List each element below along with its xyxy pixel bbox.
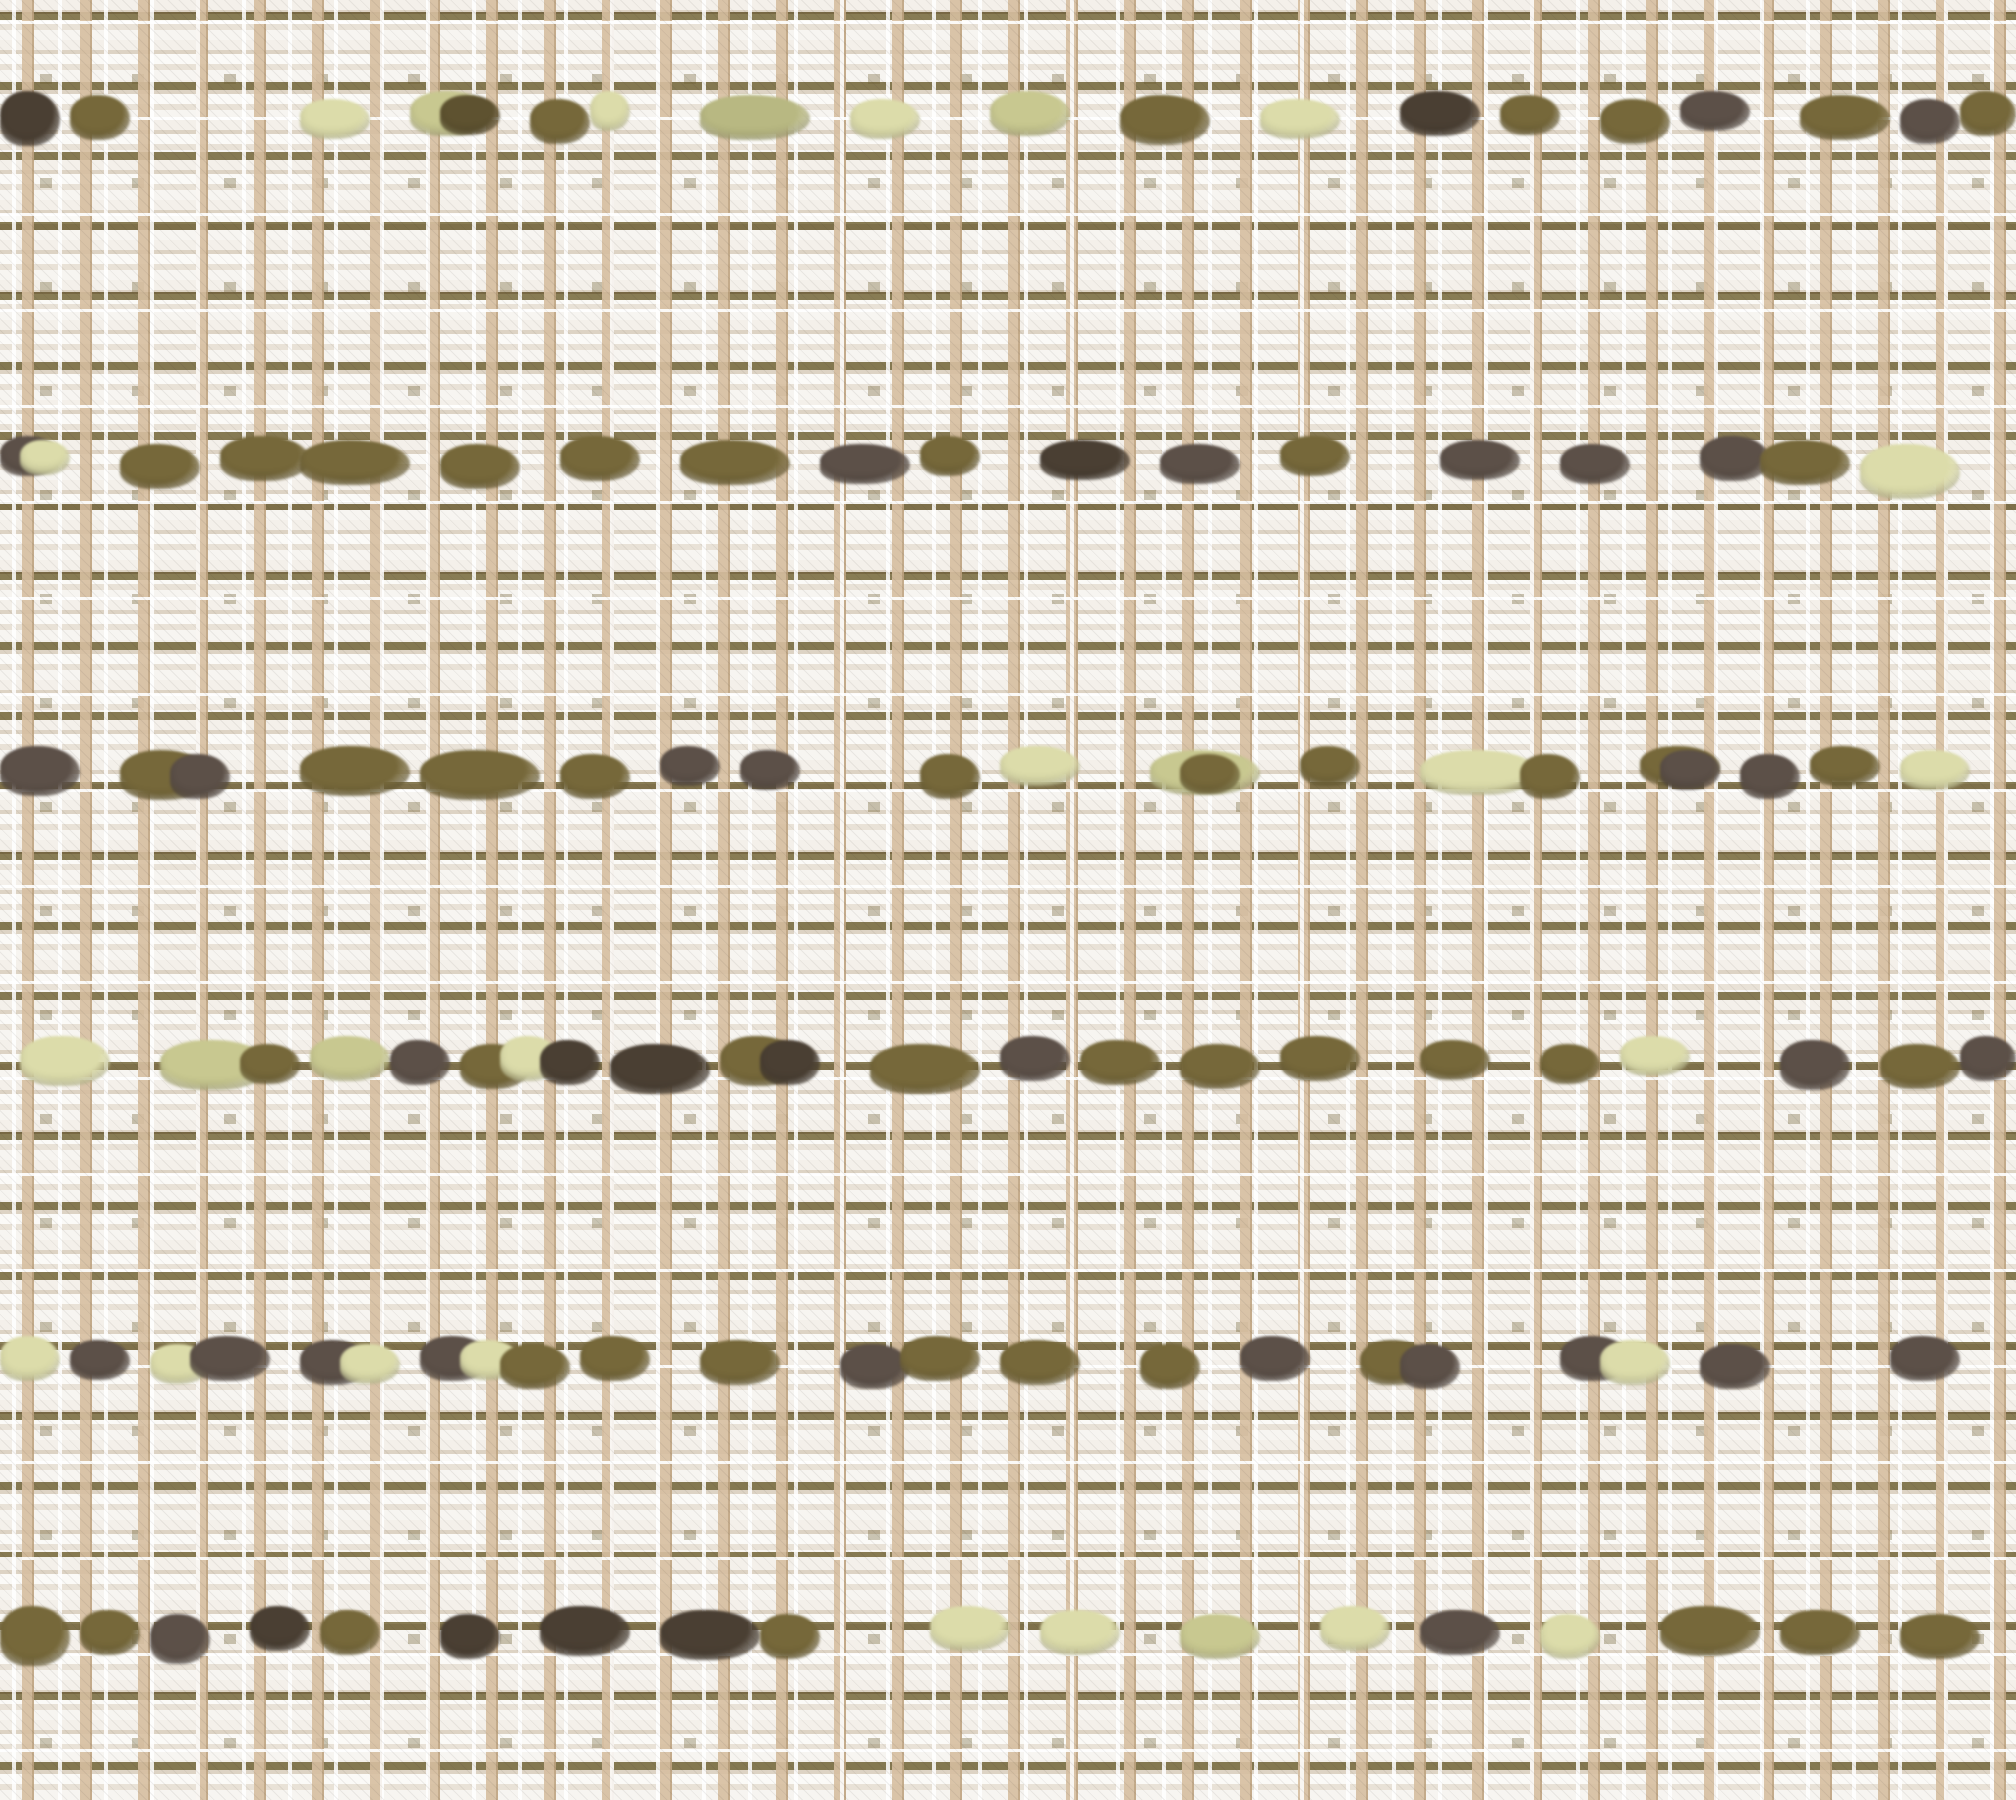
chenille-tuft: [560, 754, 630, 799]
chenille-tuft: [1180, 1044, 1260, 1089]
chenille-tuft: [420, 750, 540, 800]
chenille-tuft: [1160, 444, 1240, 484]
chenille-tuft: [540, 1040, 600, 1085]
tuft-band: [0, 1340, 2016, 1400]
chenille-tuft: [1800, 95, 1890, 140]
chenille-tuft: [760, 1040, 820, 1085]
chenille-tuft: [1600, 99, 1670, 144]
chenille-tuft: [1040, 440, 1130, 480]
chenille-tuft: [120, 444, 200, 489]
chenille-tuft: [340, 1344, 400, 1384]
chenille-tuft: [440, 444, 520, 489]
chenille-tuft: [1760, 440, 1850, 485]
chenille-tuft: [1260, 99, 1340, 139]
shadow-speck-layer: [0, 0, 2016, 1800]
chenille-tuft: [1000, 746, 1080, 786]
chenille-tuft: [740, 750, 800, 790]
chenille-tuft: [930, 1606, 1010, 1651]
chenille-tuft: [1960, 1036, 2016, 1081]
chenille-tuft: [1660, 1606, 1760, 1656]
chenille-tuft: [1280, 1036, 1360, 1081]
tuft-band: [0, 750, 2016, 810]
chenille-tuft: [300, 99, 370, 139]
chenille-tuft: [70, 95, 130, 140]
chenille-tuft: [850, 99, 920, 139]
chenille-tuft: [70, 1340, 130, 1380]
chenille-tuft: [320, 1610, 380, 1655]
chenille-tuft: [530, 99, 590, 144]
chenille-tuft: [1900, 1614, 1980, 1659]
chenille-tuft: [1900, 99, 1960, 144]
chenille-tuft: [540, 1606, 630, 1656]
chenille-tuft: [80, 1610, 140, 1655]
chenille-tuft: [580, 1336, 650, 1381]
chenille-tuft: [0, 1336, 60, 1381]
chenille-tuft: [1880, 1044, 1960, 1089]
chenille-tuft: [1540, 1614, 1600, 1659]
chenille-tuft: [990, 91, 1070, 136]
chenille-tuft: [250, 1606, 310, 1651]
chenille-tuft: [1960, 91, 2016, 136]
chenille-tuft: [1140, 1344, 1200, 1389]
chenille-tuft: [1810, 746, 1880, 786]
chenille-tuft: [0, 1606, 70, 1666]
chenille-tuft: [0, 746, 80, 796]
chenille-tuft: [440, 95, 500, 135]
chenille-tuft: [1620, 1036, 1690, 1076]
chenille-tuft: [1440, 440, 1520, 480]
chenille-tuft: [610, 1044, 710, 1094]
chenille-tuft: [1000, 1340, 1080, 1385]
chenille-tuft: [1860, 444, 1960, 499]
chenille-tuft: [1080, 1040, 1160, 1085]
chenille-tuft: [1660, 750, 1720, 790]
tweed-fabric-photo: [0, 0, 2016, 1800]
chenille-tuft: [1420, 1040, 1490, 1080]
chenille-tuft: [1520, 754, 1580, 799]
chenille-tuft: [700, 1340, 780, 1385]
tuft-band: [0, 95, 2016, 155]
chenille-tuft: [1400, 1344, 1460, 1389]
chenille-tuft: [190, 1336, 270, 1381]
chenille-tuft: [870, 1044, 980, 1094]
tuft-band: [0, 1040, 2016, 1100]
chenille-tuft: [20, 1036, 110, 1086]
tuft-band: [0, 1610, 2016, 1670]
chenille-tuft: [1300, 746, 1360, 786]
chenille-tuft: [0, 91, 60, 146]
chenille-tuft: [220, 436, 310, 481]
chenille-tuft: [1780, 1040, 1850, 1090]
chenille-tuft: [1120, 95, 1210, 145]
chenille-tuft: [440, 1614, 500, 1659]
chenille-tuft: [170, 754, 230, 799]
chenille-tuft: [1600, 1340, 1670, 1385]
chenille-tuft: [1320, 1606, 1390, 1651]
chenille-tuft: [900, 1336, 980, 1381]
chenille-tuft: [1890, 1336, 1960, 1381]
chenille-tuft: [500, 1344, 570, 1389]
chenille-tuft: [1000, 1036, 1070, 1081]
chenille-tuft: [1040, 1610, 1120, 1655]
chenille-tuft: [1740, 754, 1800, 799]
chenille-tuft: [1420, 1610, 1500, 1655]
chenille-tuft: [920, 754, 980, 799]
chenille-tuft: [660, 746, 720, 786]
chenille-tuft: [1680, 91, 1750, 131]
tuft-band: [0, 440, 2016, 500]
chenille-tuft: [310, 1036, 390, 1081]
chenille-tuft: [240, 1044, 300, 1084]
chenille-tuft: [590, 91, 630, 131]
chenille-tuft: [1560, 444, 1630, 484]
chenille-tuft: [1900, 750, 1970, 790]
chenille-tuft: [1780, 1610, 1860, 1655]
chenille-tuft: [660, 1610, 760, 1660]
chenille-tuft: [1540, 1044, 1600, 1084]
chenille-tuft: [1700, 1344, 1770, 1389]
chenille-tuft: [20, 440, 70, 475]
chenille-tuft: [1500, 95, 1560, 135]
chenille-tuft: [560, 436, 640, 481]
chenille-tuft: [1400, 91, 1480, 136]
chenille-tuft: [1240, 1336, 1310, 1381]
chenille-tuft: [300, 440, 410, 485]
chenille-tuft: [820, 444, 910, 484]
chenille-tuft: [1180, 1614, 1260, 1659]
chenille-tuft: [1280, 436, 1350, 476]
chenille-tuft: [390, 1040, 450, 1085]
chenille-tuft: [760, 1614, 820, 1659]
chenille-tuft: [300, 746, 410, 796]
chenille-tuft: [700, 95, 810, 140]
chenille-tuft: [1180, 754, 1240, 794]
chenille-tuft: [150, 1614, 210, 1664]
chenille-tuft: [680, 440, 790, 485]
chenille-tuft: [920, 436, 980, 476]
